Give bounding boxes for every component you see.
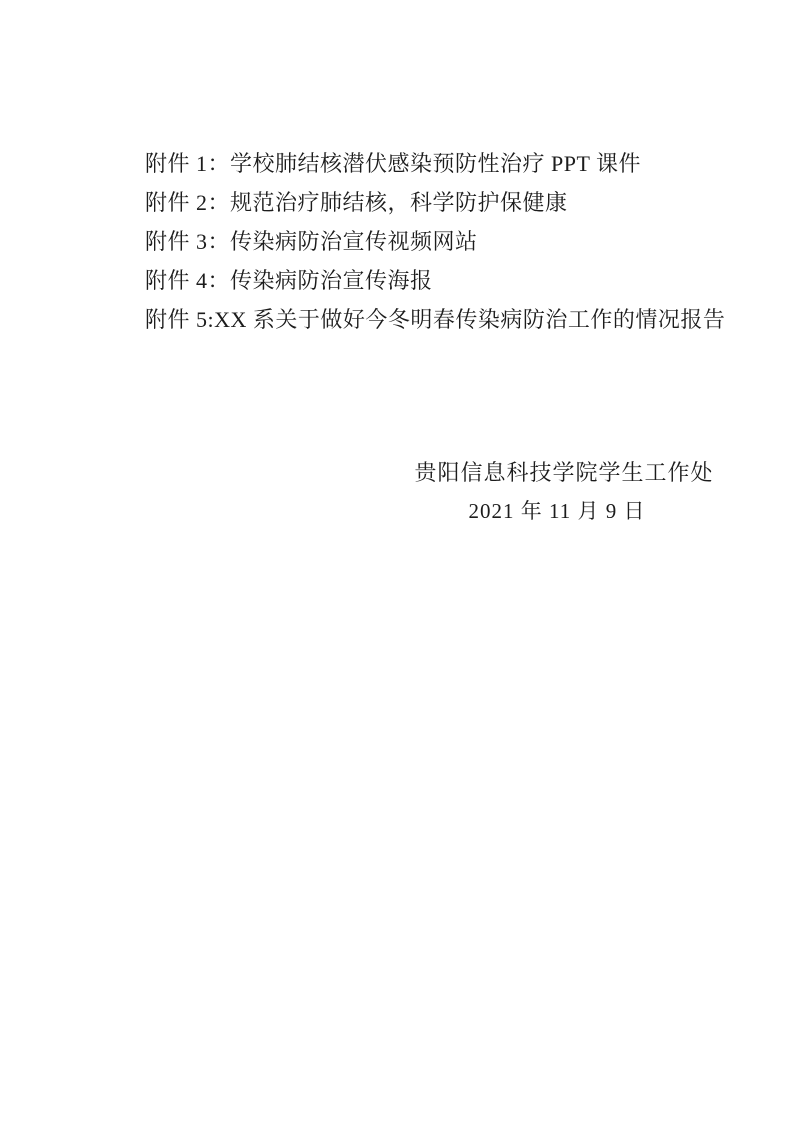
document-page: 附件 1：学校肺结核潜伏感染预防性治疗 PPT 课件 附件 2：规范治疗肺结核，… bbox=[0, 0, 793, 1122]
attachment-item-5: 附件 5:XX 系关于做好今冬明春传染病防治工作的情况报告 bbox=[145, 300, 725, 339]
attachment-item-1: 附件 1：学校肺结核潜伏感染预防性治疗 PPT 课件 bbox=[145, 144, 725, 183]
signature-organization: 贵阳信息科技学院学生工作处 bbox=[410, 453, 718, 492]
attachment-item-2: 附件 2：规范治疗肺结核，科学防护保健康 bbox=[145, 183, 725, 222]
attachment-item-3: 附件 3：传染病防治宣传视频网站 bbox=[145, 222, 725, 261]
attachment-item-4: 附件 4：传染病防治宣传海报 bbox=[145, 261, 725, 300]
signature-block: 贵阳信息科技学院学生工作处 2021 年 11 月 9 日 bbox=[410, 453, 718, 531]
signature-date: 2021 年 11 月 9 日 bbox=[396, 492, 718, 531]
attachment-list: 附件 1：学校肺结核潜伏感染预防性治疗 PPT 课件 附件 2：规范治疗肺结核，… bbox=[145, 144, 725, 339]
